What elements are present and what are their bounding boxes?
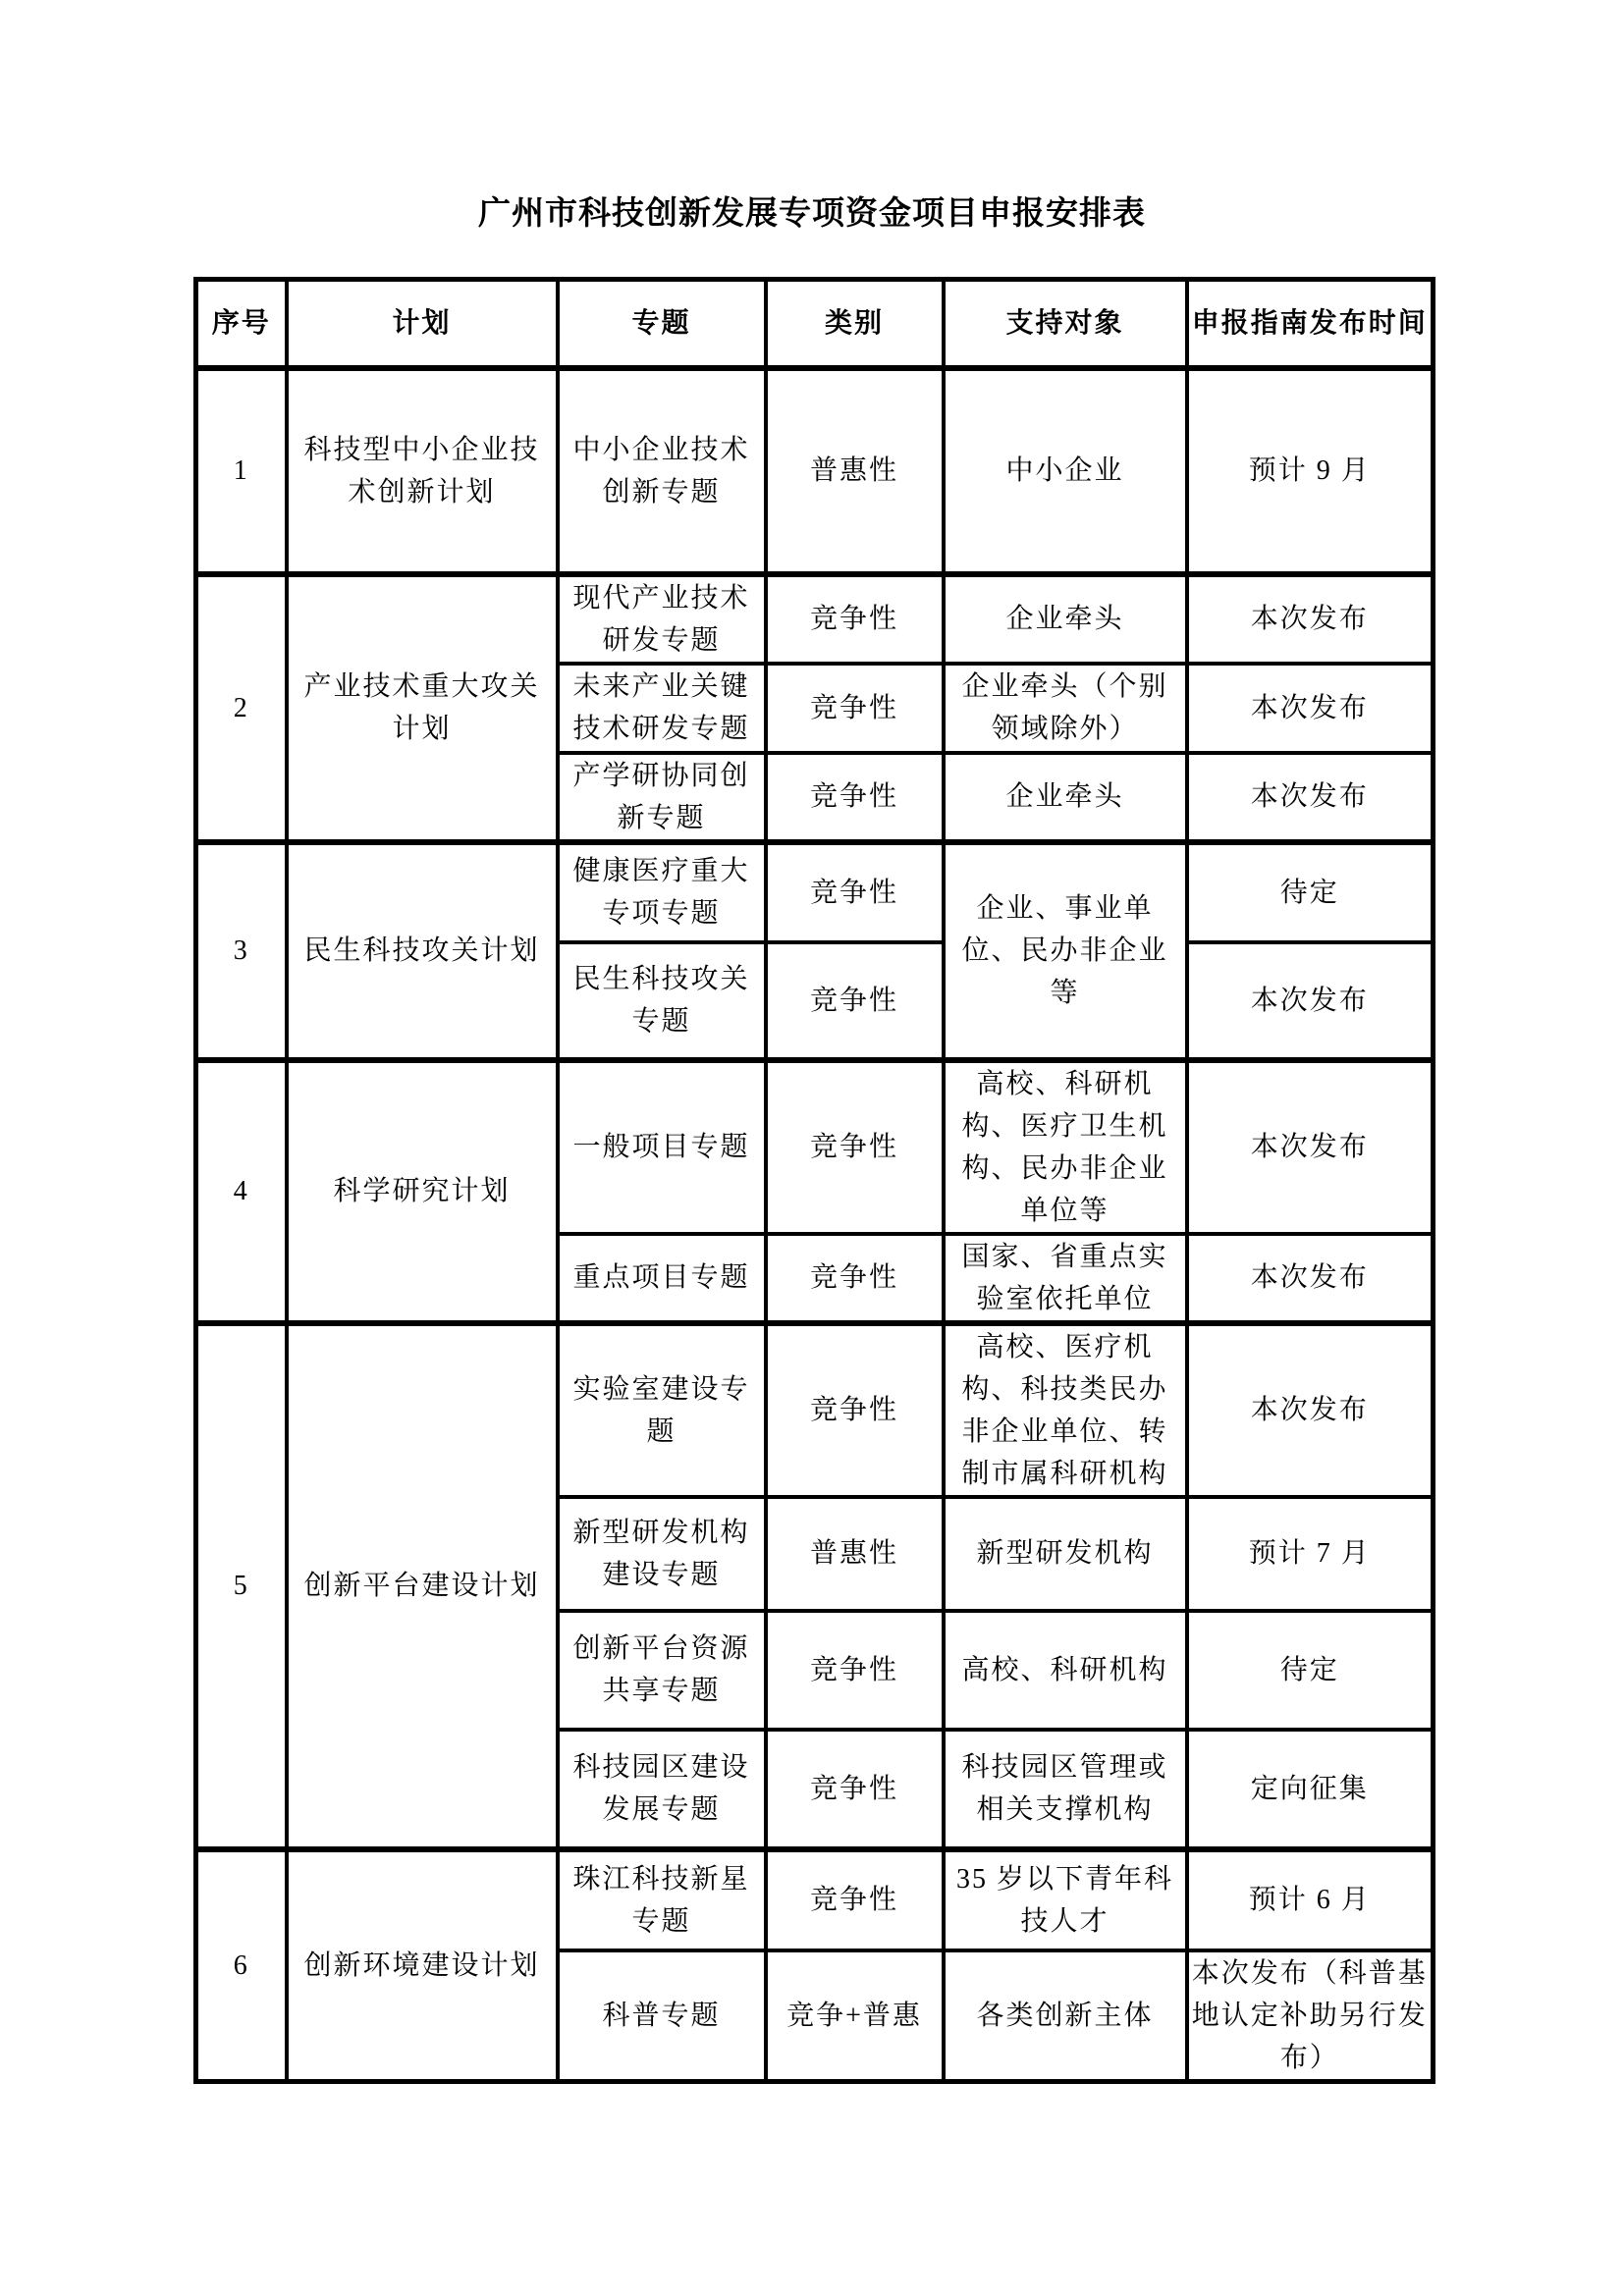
target-cell: 企业牵头	[944, 753, 1187, 842]
topic-cell: 中小企业技术创新专题	[558, 368, 766, 574]
category-cell: 竞争性	[766, 574, 944, 664]
plan-cell: 创新平台建设计划	[287, 1323, 558, 1849]
category-cell: 普惠性	[766, 368, 944, 574]
topic-cell: 创新平台资源共享专题	[558, 1611, 766, 1730]
schedule-table: 序号 计划 专题 类别 支持对象 申报指南发布时间 1 科技型中小企业技术创新计…	[193, 277, 1435, 2084]
table-row: 2 产业技术重大攻关计划 现代产业技术研发专题 竞争性 企业牵头 本次发布	[196, 574, 1434, 664]
topic-cell: 健康医疗重大专项专题	[558, 842, 766, 942]
table-row: 5 创新平台建设计划 实验室建设专题 竞争性 高校、医疗机构、科技类民办非企业单…	[196, 1323, 1434, 1497]
header-target: 支持对象	[944, 280, 1187, 368]
table-row: 3 民生科技攻关计划 健康医疗重大专项专题 竞争性 企业、事业单位、民办非企业等…	[196, 842, 1434, 942]
category-cell: 竞争性	[766, 1849, 944, 1950]
table-row: 4 科学研究计划 一般项目专题 竞争性 高校、科研机构、医疗卫生机构、民办非企业…	[196, 1060, 1434, 1234]
category-cell: 竞争性	[766, 1234, 944, 1323]
target-cell: 中小企业	[944, 368, 1187, 574]
header-no: 序号	[196, 280, 287, 368]
time-cell: 预计 7 月	[1187, 1497, 1434, 1611]
no-cell: 2	[196, 574, 287, 842]
topic-cell: 未来产业关键技术研发专题	[558, 664, 766, 753]
target-cell: 新型研发机构	[944, 1497, 1187, 1611]
target-cell: 35 岁以下青年科技人才	[944, 1849, 1187, 1950]
plan-cell: 科技型中小企业技术创新计划	[287, 368, 558, 574]
target-cell: 高校、科研机构、医疗卫生机构、民办非企业单位等	[944, 1060, 1187, 1234]
target-cell: 各类创新主体	[944, 1950, 1187, 2082]
time-cell: 预计 9 月	[1187, 368, 1434, 574]
no-cell: 5	[196, 1323, 287, 1849]
table-row: 1 科技型中小企业技术创新计划 中小企业技术创新专题 普惠性 中小企业 预计 9…	[196, 368, 1434, 574]
time-cell: 本次发布	[1187, 574, 1434, 664]
table-header-row: 序号 计划 专题 类别 支持对象 申报指南发布时间	[196, 280, 1434, 368]
header-topic: 专题	[558, 280, 766, 368]
category-cell: 竞争+普惠	[766, 1950, 944, 2082]
target-cell: 企业牵头	[944, 574, 1187, 664]
time-cell: 本次发布	[1187, 664, 1434, 753]
plan-cell: 民生科技攻关计划	[287, 842, 558, 1060]
target-cell: 企业、事业单位、民办非企业等	[944, 842, 1187, 1060]
topic-cell: 重点项目专题	[558, 1234, 766, 1323]
plan-cell: 科学研究计划	[287, 1060, 558, 1323]
category-cell: 竞争性	[766, 1611, 944, 1730]
time-cell: 本次发布	[1187, 1234, 1434, 1323]
category-cell: 竞争性	[766, 664, 944, 753]
target-cell: 高校、医疗机构、科技类民办非企业单位、转制市属科研机构	[944, 1323, 1187, 1497]
no-cell: 1	[196, 368, 287, 574]
category-cell: 竞争性	[766, 753, 944, 842]
target-cell: 国家、省重点实验室依托单位	[944, 1234, 1187, 1323]
topic-cell: 实验室建设专题	[558, 1323, 766, 1497]
time-cell: 本次发布	[1187, 942, 1434, 1060]
category-cell: 普惠性	[766, 1497, 944, 1611]
topic-cell: 现代产业技术研发专题	[558, 574, 766, 664]
topic-cell: 一般项目专题	[558, 1060, 766, 1234]
topic-cell: 科普专题	[558, 1950, 766, 2082]
no-cell: 4	[196, 1060, 287, 1323]
header-plan: 计划	[287, 280, 558, 368]
no-cell: 6	[196, 1849, 287, 2082]
target-cell: 企业牵头（个别领域除外）	[944, 664, 1187, 753]
time-cell: 本次发布	[1187, 1323, 1434, 1497]
target-cell: 高校、科研机构	[944, 1611, 1187, 1730]
target-cell: 科技园区管理或相关支撑机构	[944, 1730, 1187, 1849]
time-cell: 待定	[1187, 842, 1434, 942]
topic-cell: 珠江科技新星专题	[558, 1849, 766, 1950]
time-cell: 本次发布（科普基地认定补助另行发布）	[1187, 1950, 1434, 2082]
page-title: 广州市科技创新发展专项资金项目申报安排表	[193, 189, 1431, 237]
category-cell: 竞争性	[766, 1730, 944, 1849]
time-cell: 本次发布	[1187, 1060, 1434, 1234]
header-category: 类别	[766, 280, 944, 368]
time-cell: 定向征集	[1187, 1730, 1434, 1849]
document-page: 广州市科技创新发展专项资金项目申报安排表 序号 计划 专题 类别 支持对象 申报…	[0, 0, 1431, 2084]
topic-cell: 新型研发机构建设专题	[558, 1497, 766, 1611]
topic-cell: 民生科技攻关专题	[558, 942, 766, 1060]
category-cell: 竞争性	[766, 1060, 944, 1234]
category-cell: 竞争性	[766, 842, 944, 942]
time-cell: 本次发布	[1187, 753, 1434, 842]
table-row: 6 创新环境建设计划 珠江科技新星专题 竞争性 35 岁以下青年科技人才 预计 …	[196, 1849, 1434, 1950]
topic-cell: 产学研协同创新专题	[558, 753, 766, 842]
category-cell: 竞争性	[766, 942, 944, 1060]
header-time: 申报指南发布时间	[1187, 280, 1434, 368]
time-cell: 待定	[1187, 1611, 1434, 1730]
plan-cell: 产业技术重大攻关计划	[287, 574, 558, 842]
topic-cell: 科技园区建设发展专题	[558, 1730, 766, 1849]
time-cell: 预计 6 月	[1187, 1849, 1434, 1950]
no-cell: 3	[196, 842, 287, 1060]
plan-cell: 创新环境建设计划	[287, 1849, 558, 2082]
category-cell: 竞争性	[766, 1323, 944, 1497]
